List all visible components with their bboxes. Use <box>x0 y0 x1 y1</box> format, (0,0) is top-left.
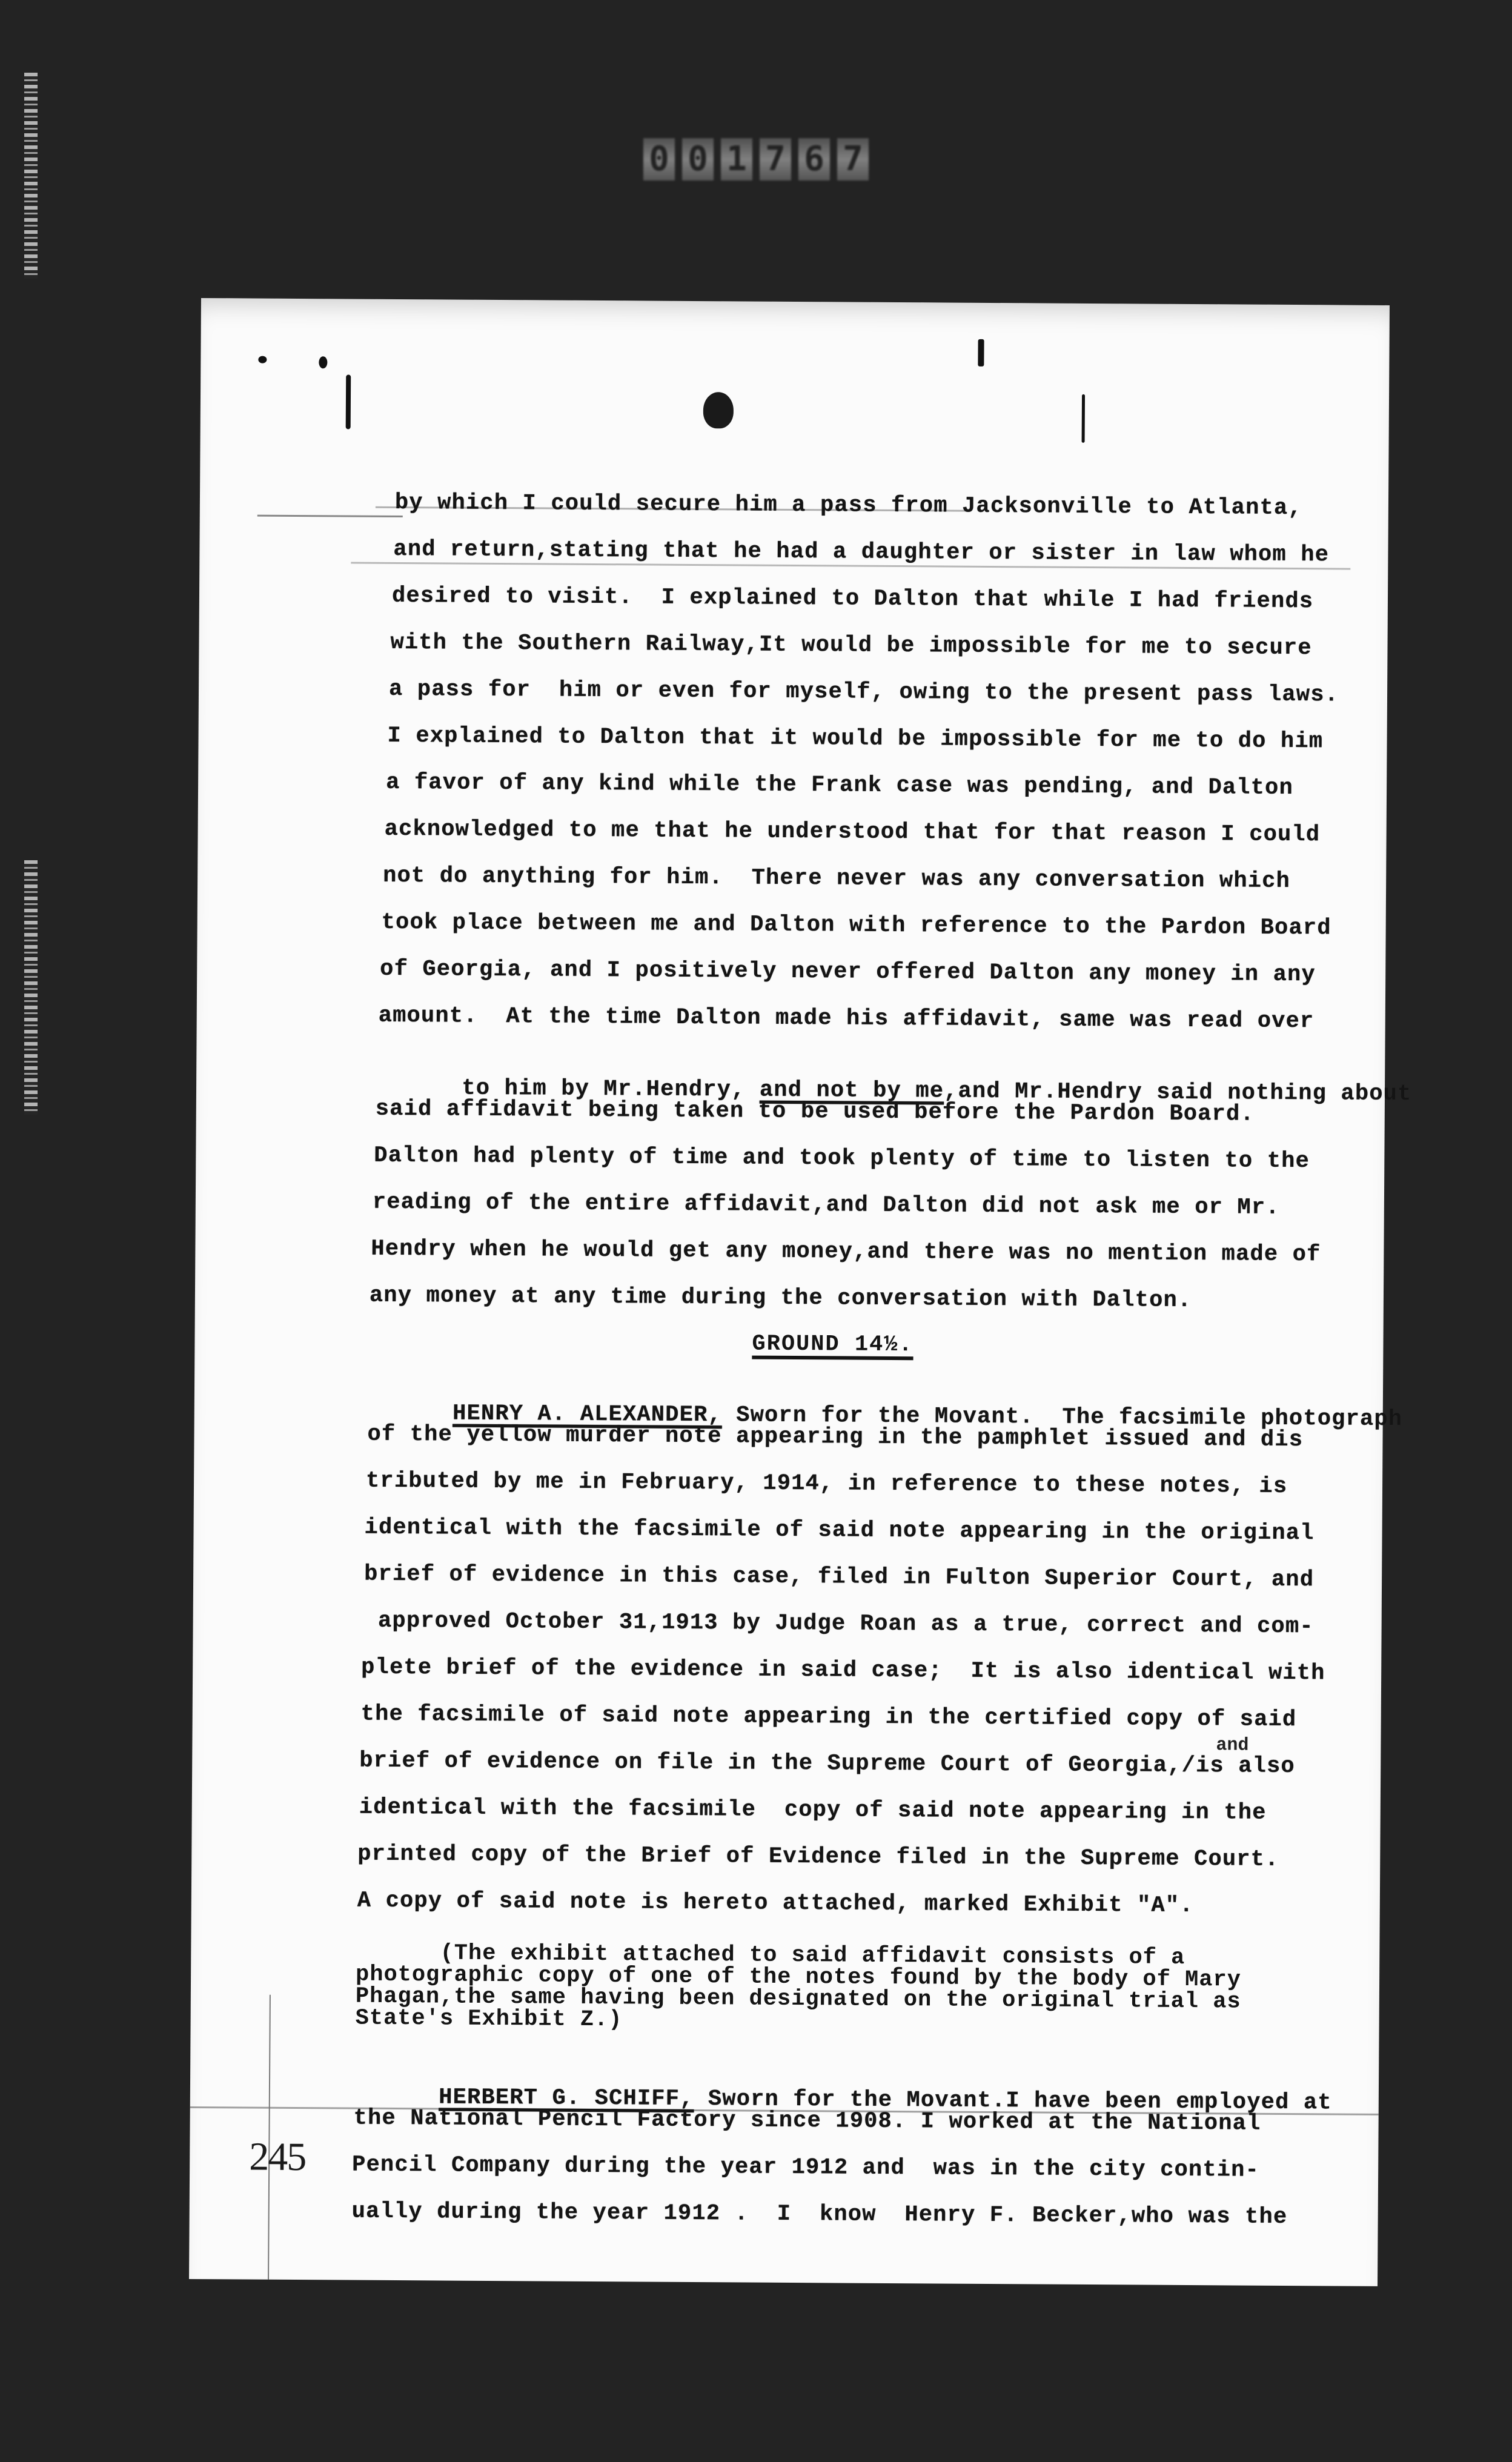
text-line: with the Southern Railway,It would be im… <box>390 630 1311 661</box>
ink-speck <box>978 339 984 367</box>
ink-speck <box>346 374 351 429</box>
text-line: Hendry when he would get any money,and t… <box>371 1236 1321 1268</box>
text-line: tributed by me in February, 1914, in ref… <box>366 1468 1287 1499</box>
body-text: by which I could secure him a pass from … <box>383 299 1352 305</box>
text-line: took place between me and Dalton with re… <box>382 910 1331 941</box>
section-heading-ground: GROUND 14½. <box>752 1332 913 1358</box>
exhibit-note-line: State's Exhibit Z.) <box>356 2008 623 2031</box>
stamp-digit: 6 <box>798 138 830 181</box>
text-line: a pass for him or even for myself, owing… <box>389 677 1339 708</box>
stamp-digit: 7 <box>837 138 869 181</box>
scan-rule <box>257 515 403 517</box>
text-line: any money at any time during the convers… <box>370 1283 1192 1313</box>
text-line: by which I could secure him a pass from … <box>395 490 1302 521</box>
text-line: acknowledged to me that he understood th… <box>385 817 1321 848</box>
stamp-digit: 1 <box>721 138 752 181</box>
text-line: said affidavit being taken to be used be… <box>376 1097 1255 1127</box>
text-line: reading of the entire affidavit,and Dalt… <box>373 1190 1280 1221</box>
ink-speck <box>1082 394 1085 443</box>
film-edge-strip-middle <box>24 860 38 1115</box>
text-line: approved October 31,1913 by Judge Roan a… <box>364 1608 1314 1640</box>
text-line: not do anything for him. There never was… <box>383 863 1290 894</box>
text-line: Dalton had plenty of time and took plent… <box>374 1143 1310 1174</box>
text-line: printed copy of the Brief of Evidence fi… <box>357 1842 1279 1873</box>
stamp-digit: 0 <box>682 138 714 181</box>
text-line: A copy of said note is hereto attached, … <box>357 1888 1194 1919</box>
document-page: by which I could secure him a pass from … <box>189 298 1390 2286</box>
text-line: desired to visit. I explained to Dalton … <box>392 583 1313 614</box>
text-line: identical with the facsimile copy of sai… <box>359 1795 1267 1826</box>
frame-stamp-number: 0 0 1 7 6 7 <box>643 138 869 187</box>
text-line: identical with the facsimile of said not… <box>364 1515 1314 1547</box>
text-line: plete brief of the evidence in said case… <box>361 1655 1325 1687</box>
text-line: I explained to Dalton that it would be i… <box>387 723 1323 754</box>
text-line: a favor of any kind while the Frank case… <box>386 770 1293 801</box>
ink-speck <box>319 356 327 368</box>
text-line: brief of evidence in this case, filed in… <box>364 1562 1314 1593</box>
text-line: the facsimile of said note appearing in … <box>361 1702 1297 1733</box>
stamp-digit: 0 <box>643 138 675 181</box>
text-line: Pencil Company during the year 1912 and … <box>352 2152 1259 2183</box>
stamp-digit: 7 <box>760 138 791 181</box>
ink-speck <box>258 356 267 363</box>
text-line: amount. At the time Dalton made his affi… <box>379 1003 1315 1034</box>
film-edge-strip-top <box>24 73 38 279</box>
punch-hole <box>703 392 734 428</box>
page-number: 245 <box>249 2134 305 2181</box>
text-line: ually during the year 1912 . I know Henr… <box>352 2199 1288 2230</box>
text-line: of Georgia, and I positively never offer… <box>380 957 1316 987</box>
text-line: brief of evidence on file in the Supreme… <box>359 1748 1295 1779</box>
